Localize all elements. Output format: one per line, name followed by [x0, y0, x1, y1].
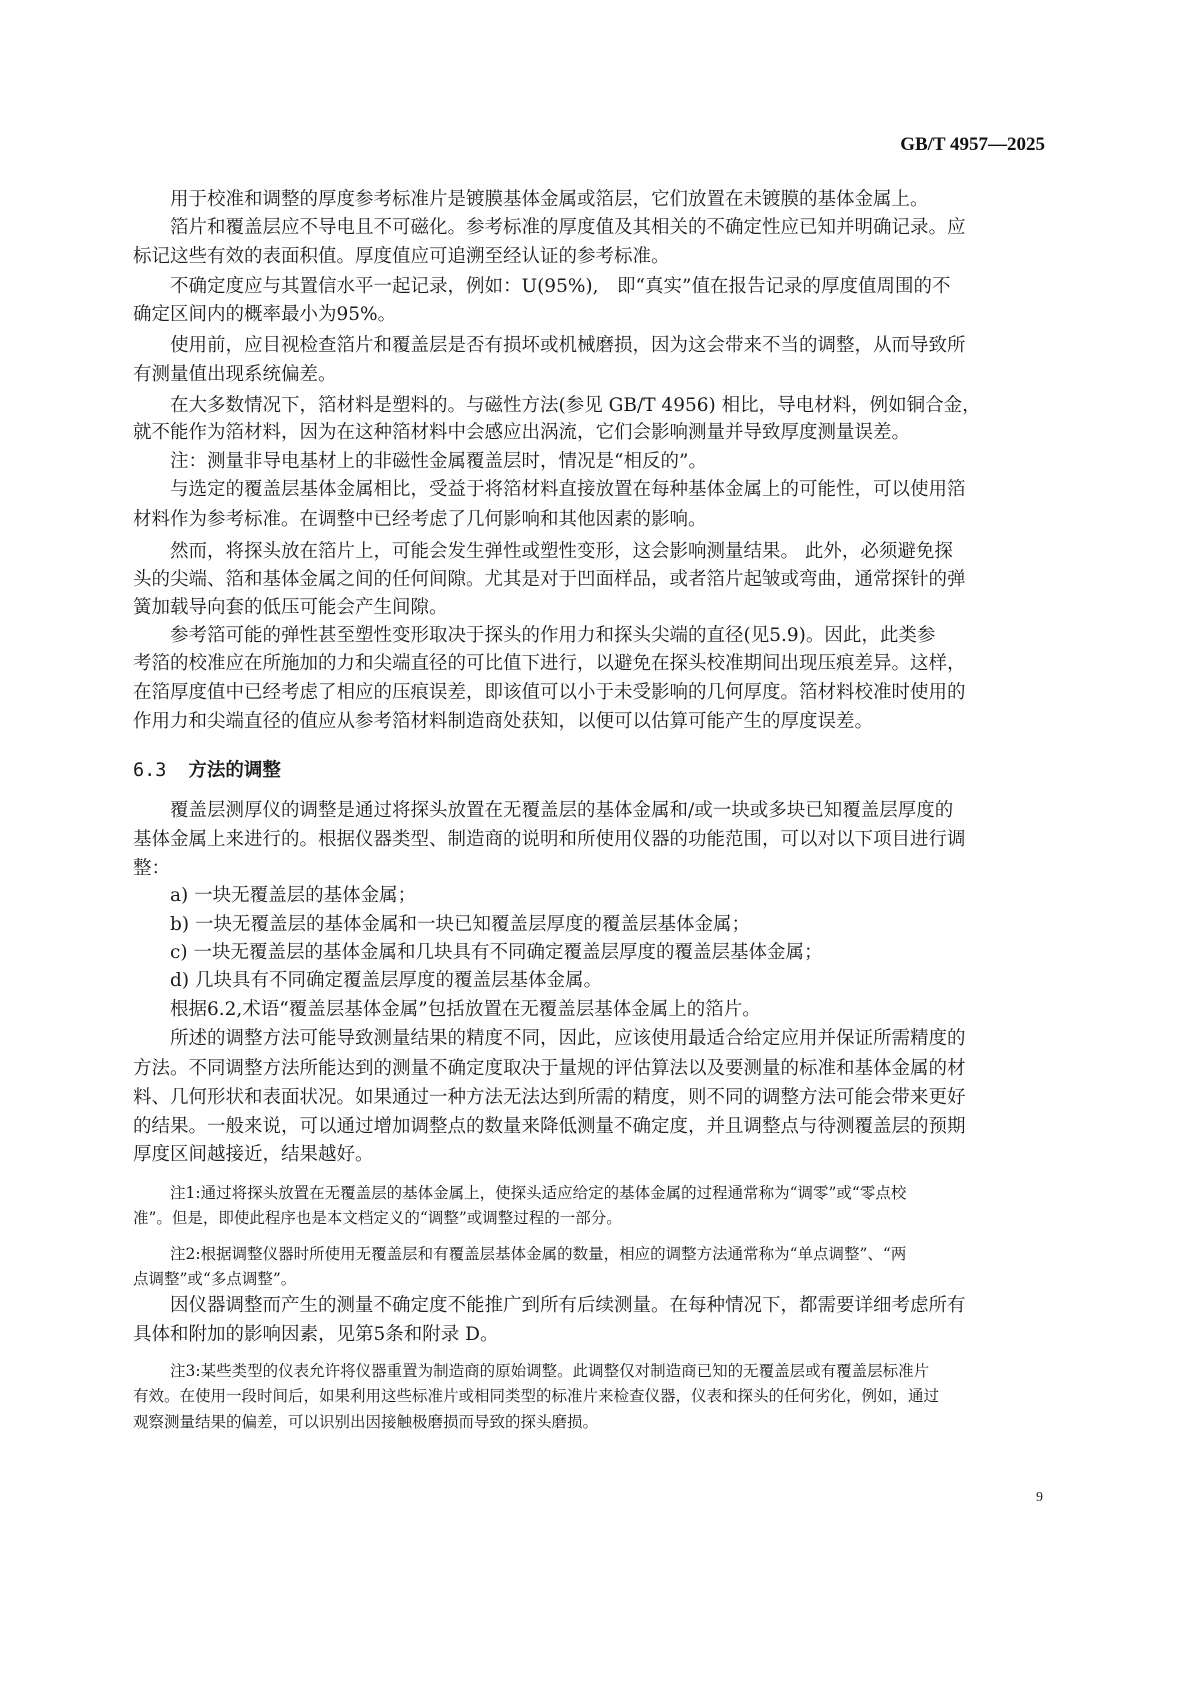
section-heading-6-3: 6.3方法的调整 — [133, 756, 281, 782]
text-line: 然而，将探头放在箔片上，可能会发生弹性或塑性变形，这会影响测量结果。 此外，必须… — [170, 541, 1080, 563]
note-line: 注3:某些类型的仪表允许将仪器重置为制造商的原始调整。此调整仅对制造商已知的无覆… — [170, 1360, 1080, 1382]
section-number: 6.3 — [133, 760, 166, 781]
text-line: 因仪器调整而产生的测量不确定度不能推广到所有后续测量。在每种情况下，都需要详细考… — [170, 1295, 1080, 1317]
text-line: 方法。不同调整方法所能达到的测量不确定度取决于量规的评估算法以及要测量的标准和基… — [133, 1058, 1043, 1080]
text-line: 参考箔可能的弹性甚至塑性变形取决于探头的作用力和探头尖端的直径(见5.9)。因此… — [170, 625, 1080, 647]
text-line: 所述的调整方法可能导致测量结果的精度不同，因此，应该使用最适合给定应用并保证所需… — [170, 1028, 1080, 1050]
section-title: 方法的调整 — [188, 760, 281, 781]
text-line: 料、几何形状和表面状况。如果通过一种方法无法达到所需的精度，则不同的调整方法可能… — [133, 1087, 1043, 1109]
list-item: a) 一块无覆盖层的基体金属； — [170, 885, 1080, 907]
text-line: 基体金属上来进行的。根据仪器类型、制造商的说明和所使用仪器的功能范围，可以对以下… — [133, 829, 1043, 851]
note-line: 注：测量非导电基材上的非磁性金属覆盖层时，情况是“相反的”。 — [170, 451, 1080, 473]
note-line: 注1:通过将探头放置在无覆盖层的基体金属上，使探头适应给定的基体金属的过程通常称… — [170, 1182, 1080, 1204]
text-line: 箔片和覆盖层应不导电且不可磁化。参考标准的厚度值及其相关的不确定性应已知并明确记… — [170, 217, 1080, 239]
text-line: 标记这些有效的表面积值。厚度值应可追溯至经认证的参考标准。 — [133, 246, 1043, 268]
list-item: c) 一块无覆盖层的基体金属和几块具有不同确定覆盖层厚度的覆盖层基体金属； — [170, 942, 1080, 964]
page-number: 9 — [1036, 1490, 1043, 1506]
page-header: GB/T 4957—2025 — [900, 134, 1045, 156]
text-line: 根据6.2,术语“覆盖层基体金属”包括放置在无覆盖层基体金属上的箔片。 — [170, 999, 1080, 1021]
text-line: 在箔厚度值中已经考虑了相应的压痕误差，即该值可以小于未受影响的几何厚度。箔材料校… — [133, 682, 1043, 704]
text-line: 作用力和尖端直径的值应从参考箔材料制造商处获知，以便可以估算可能产生的厚度误差。 — [133, 711, 1043, 733]
note-line: 有效。在使用一段时间后，如果利用这些标准片或相同类型的标准片来检查仪器，仪表和探… — [133, 1385, 1043, 1407]
text-line: 厚度区间越接近，结果越好。 — [133, 1144, 1043, 1166]
text-line: 在大多数情况下，箔材料是塑料的。与磁性方法(参见 GB/T 4956) 相比，导… — [170, 395, 1080, 417]
text-line: 的结果。一般来说，可以通过增加调整点的数量来降低测量不确定度，并且调整点与待测覆… — [133, 1116, 1043, 1138]
text-line: 确定区间内的概率最小为95%。 — [133, 304, 1043, 326]
text-line: 使用前，应目视检查箔片和覆盖层是否有损坏或机械磨损，因为这会带来不当的调整，从而… — [170, 335, 1080, 357]
text-line: 与选定的覆盖层基体金属相比，受益于将箔材料直接放置在每种基体金属上的可能性，可以… — [170, 479, 1080, 501]
text-line: 不确定度应与其置信水平一起记录，例如：U(95%), 即“真实”值在报告记录的厚… — [170, 276, 1080, 298]
note-line: 观察测量结果的偏差，可以识别出因接触极磨损而导致的探头磨损。 — [133, 1411, 1043, 1433]
text-line: 覆盖层测厚仪的调整是通过将探头放置在无覆盖层的基体金属和/或一块或多块已知覆盖层… — [170, 800, 1080, 822]
note-line: 注2:根据调整仪器时所使用无覆盖层和有覆盖层基体金属的数量，相应的调整方法通常称… — [170, 1243, 1080, 1265]
text-line: 就不能作为箔材料，因为在这种箔材料中会感应出涡流，它们会影响测量并导致厚度测量误… — [133, 422, 1043, 444]
text-line: 有测量值出现系统偏差。 — [133, 364, 1043, 386]
note-line: 点调整”或“多点调整”。 — [133, 1268, 1043, 1290]
text-line: 头的尖端、箔和基体金属之间的任何间隙。尤其是对于凹面样品，或者箔片起皱或弯曲，通… — [133, 569, 1043, 591]
text-line: 整： — [133, 858, 1043, 880]
text-line: 用于校准和调整的厚度参考标准片是镀膜基体金属或箔层，它们放置在未镀膜的基体金属上… — [170, 189, 1080, 211]
list-item: d) 几块具有不同确定覆盖层厚度的覆盖层基体金属。 — [170, 970, 1080, 992]
text-line: 簧加载导向套的低压可能会产生间隙。 — [133, 597, 1043, 619]
list-item: b) 一块无覆盖层的基体金属和一块已知覆盖层厚度的覆盖层基体金属； — [170, 914, 1080, 936]
text-line: 材料作为参考标准。在调整中已经考虑了几何影响和其他因素的影响。 — [133, 509, 1043, 531]
text-line: 考箔的校准应在所施加的力和尖端直径的可比值下进行，以避免在探头校准期间出现压痕差… — [133, 653, 1043, 675]
note-line: 准”。但是，即使此程序也是本文档定义的“调整”或调整过程的一部分。 — [133, 1207, 1043, 1229]
text-line: 具体和附加的影响因素，见第5条和附录 D。 — [133, 1324, 1043, 1346]
